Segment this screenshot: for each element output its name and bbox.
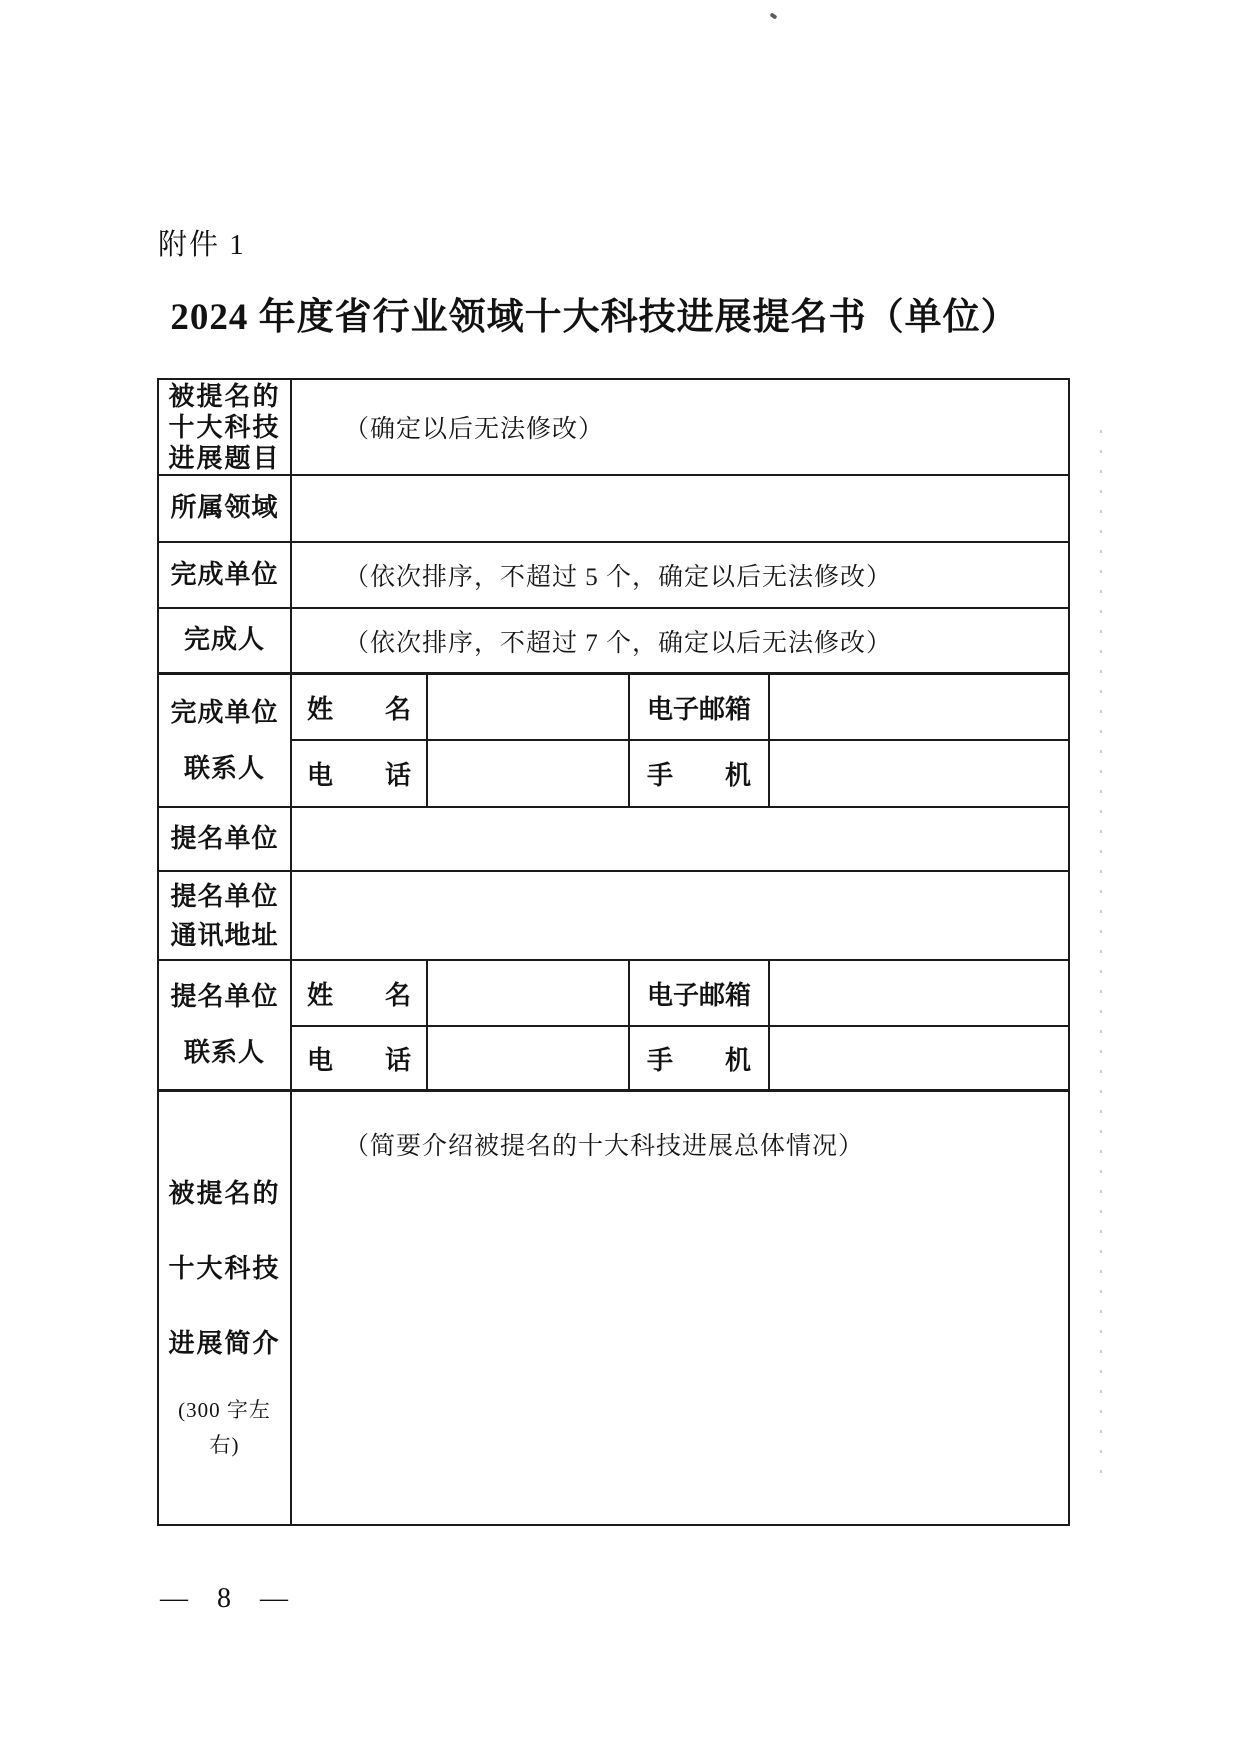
label-unit-contact-mobile: 手 机 <box>630 741 770 808</box>
scan-noise-right-edge <box>1100 430 1102 1490</box>
label-unit-contact-name: 姓 名 <box>292 675 428 741</box>
label-nominator-contact-name: 姓 名 <box>292 961 428 1027</box>
scan-noise-speck <box>769 12 777 19</box>
label-unit-contact: 完成单位 联系人 <box>159 675 292 808</box>
field-nominator-contact-email <box>770 961 1068 1027</box>
field-nominator-contact-mobile <box>770 1027 1068 1092</box>
label-nominating-unit-address: 提名单位 通讯地址 <box>159 872 292 961</box>
field-domain <box>292 476 1068 543</box>
page-number: — 8 — <box>160 1583 291 1615</box>
label-nominator-contact-mobile: 手 机 <box>630 1027 770 1092</box>
label-domain: 所属领域 <box>159 476 292 543</box>
field-completing-units: （依次排序，不超过 5 个，确定以后无法修改） <box>292 543 1068 609</box>
field-unit-contact-mobile <box>770 741 1068 808</box>
attachment-label: 附件 1 <box>158 222 246 263</box>
label-progress-intro-line2: 十大科技 <box>168 1248 280 1285</box>
field-nominating-unit-address <box>292 872 1068 961</box>
label-progress-title: 被提名的 十大科技 进展题目 <box>159 380 292 476</box>
label-nominator-contact: 提名单位 联系人 <box>159 961 292 1092</box>
label-completing-units: 完成单位 <box>159 543 292 609</box>
field-unit-contact-email <box>770 675 1068 741</box>
page-title: 2024 年度省行业领域十大科技进展提名书（单位） <box>140 286 1049 340</box>
field-completing-persons: （依次排序，不超过 7 个，确定以后无法修改） <box>292 609 1068 675</box>
label-unit-contact-email: 电子邮箱 <box>630 675 770 741</box>
nomination-form-table: 被提名的 十大科技 进展题目 （确定以后无法修改） 所属领域 完成单位 （依次排… <box>157 378 1070 1526</box>
label-completing-persons: 完成人 <box>159 609 292 675</box>
field-nominator-contact-name <box>428 961 630 1027</box>
label-nominating-unit: 提名单位 <box>159 808 292 872</box>
label-progress-intro-line1: 被提名的 <box>168 1173 280 1210</box>
scanned-form-page: 附件 1 2024 年度省行业领域十大科技进展提名书（单位） 被提名的 十大科技… <box>0 0 1242 1754</box>
field-progress-title: （确定以后无法修改） <box>292 380 1068 476</box>
label-nominator-contact-phone: 电 话 <box>292 1027 428 1092</box>
field-progress-intro: （简要介绍被提名的十大科技进展总体情况） <box>292 1092 1068 1524</box>
label-nominator-contact-email: 电子邮箱 <box>630 961 770 1027</box>
label-progress-intro: 被提名的 十大科技 进展简介 (300 字左 右) <box>159 1092 292 1524</box>
field-unit-contact-name <box>428 675 630 741</box>
field-unit-contact-phone <box>428 741 630 808</box>
label-progress-intro-line3: 进展简介 <box>168 1323 280 1360</box>
field-nominating-unit <box>292 808 1068 872</box>
label-unit-contact-phone: 电 话 <box>292 741 428 808</box>
field-nominator-contact-phone <box>428 1027 630 1092</box>
label-progress-intro-wordcount: (300 字左 右) <box>178 1393 271 1462</box>
